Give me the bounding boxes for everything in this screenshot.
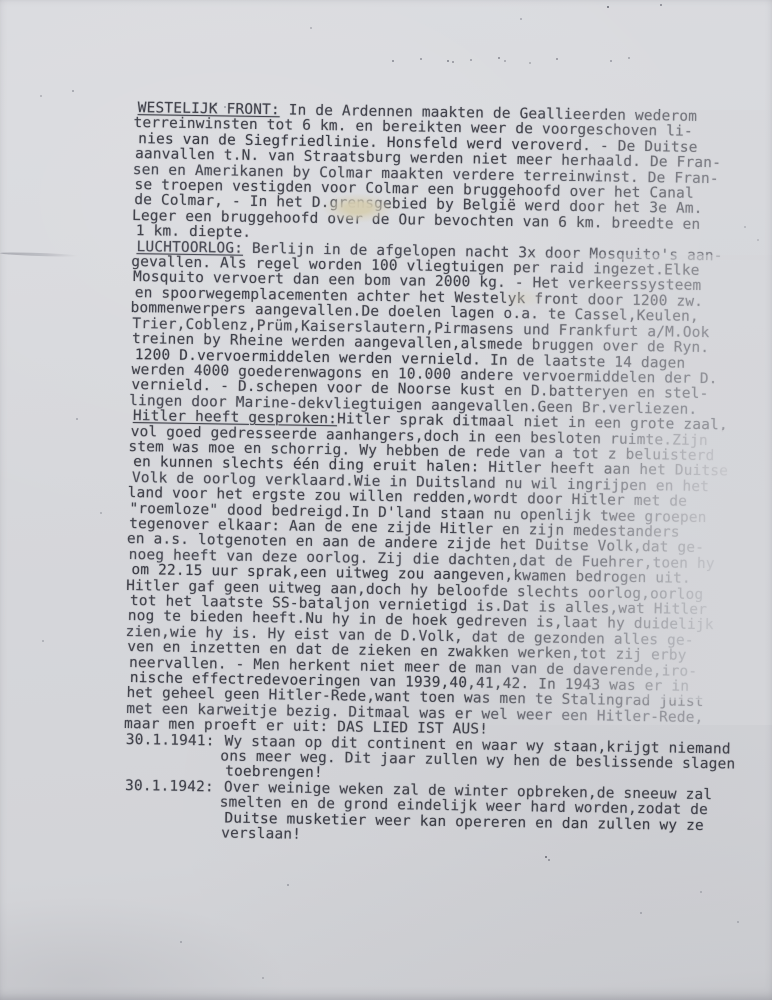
paper-crease (0, 252, 78, 258)
date-label: 30.1.1942: (124, 779, 214, 842)
date-label: 30.1.1941: (125, 733, 215, 781)
dated-entry: 30.1.1942:Over weinige weken zal de wint… (124, 779, 761, 851)
section-heading: Hitler heeft gesproken: (133, 408, 337, 427)
scanned-document-page: WESTELIJK FRONT: In de Ardennen maakten … (0, 0, 772, 1000)
dated-entry-lines: Over weinige weken zal de winter opbreke… (221, 780, 710, 849)
paper-dust-specks (0, 0, 2, 2)
typewritten-text-block: WESTELIJK FRONT: In de Ardennen maakten … (124, 101, 772, 850)
